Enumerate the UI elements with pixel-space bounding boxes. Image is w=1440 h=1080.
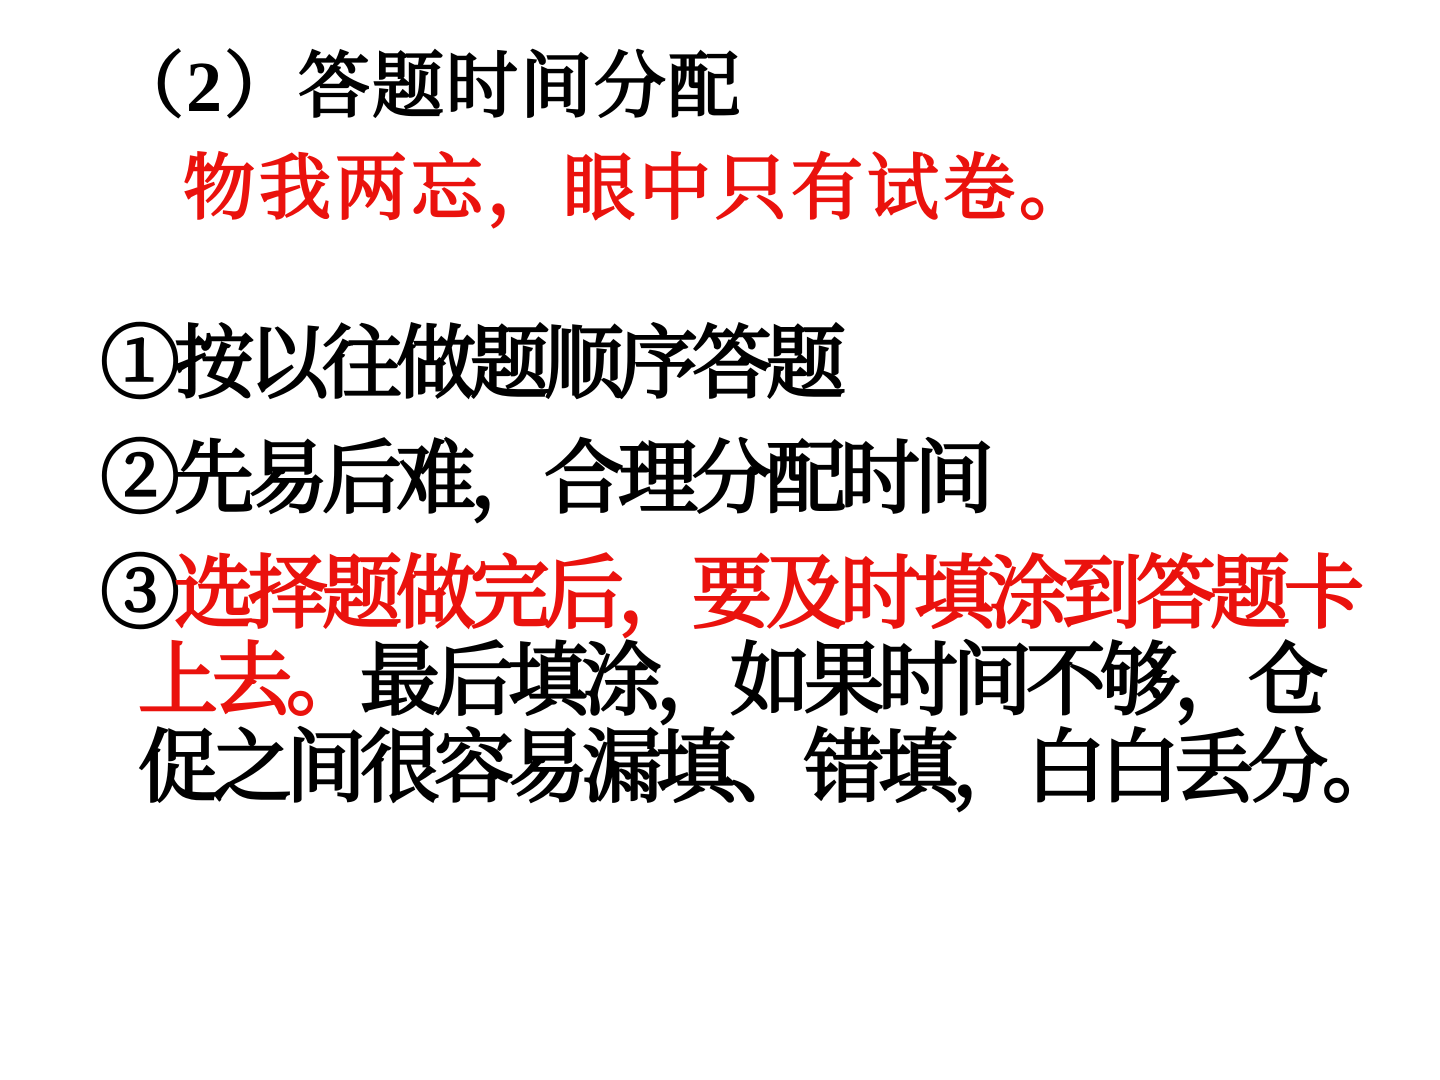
slide-title: （2）答题时间分配 [112,45,1400,129]
bullet-1-text: 按以往做题顺序答题 [174,321,840,409]
bullet-3-line-3-black-text: 促之间很容易漏填、错填，白白丢分。 [138,725,1396,813]
slide-subtitle: 物我两忘，眼中只有试卷。 [183,149,1400,229]
bullet-2-line: ②先易后难，合理分配时间 [100,437,1410,524]
bullet-3-line-2: 上去。最后填涂，如果时间不够，仓 [100,639,1410,726]
bullet-2-text: 先易后难，合理分配时间 [174,436,988,524]
bullet-3-line-2-red-text: 上去。 [138,638,360,726]
presentation-slide: （2）答题时间分配 物我两忘，眼中只有试卷。 ①按以往做题顺序答题 ②先易后难，… [0,0,1440,1080]
bullet-list: ①按以往做题顺序答题 ②先易后难，合理分配时间 ③选择题做完后，要及时填涂到答题… [100,322,1410,813]
bullet-3-line-1-red-text: 选择题做完后，要及时填涂到答题卡 [174,551,1358,639]
bullet-3-line-2-black-text: 最后填涂，如果时间不够，仓 [360,638,1322,726]
bullet-2-marker: ② [100,436,174,524]
bullet-3-line-1: ③选择题做完后，要及时填涂到答题卡 [100,552,1410,639]
bullet-item-2: ②先易后难，合理分配时间 [100,437,1410,524]
bullet-item-1: ①按以往做题顺序答题 [100,322,1410,409]
bullet-1-line: ①按以往做题顺序答题 [100,322,1410,409]
bullet-3-marker: ③ [100,551,174,639]
bullet-3-line-3: 促之间很容易漏填、错填，白白丢分。 [100,726,1410,813]
bullet-1-marker: ① [100,321,174,409]
bullet-item-3: ③选择题做完后，要及时填涂到答题卡上去。最后填涂，如果时间不够，仓促之间很容易漏… [100,552,1410,813]
